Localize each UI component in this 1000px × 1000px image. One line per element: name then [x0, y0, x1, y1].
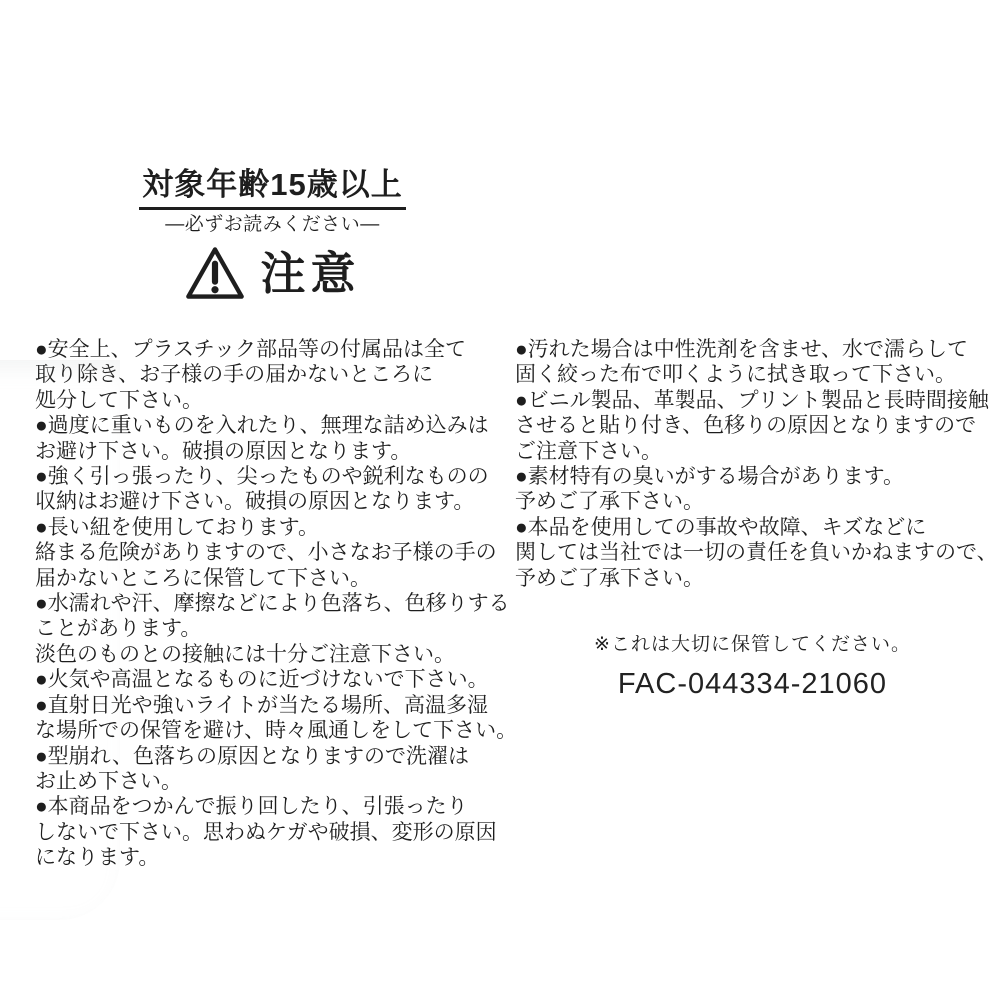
notice-columns: ●安全上、プラスチック部品等の付属品は全て取り除き、お子様の手の届かないところに…: [0, 337, 1000, 871]
notice-line: ●本品を使用しての事故や故障、キズなどに: [515, 515, 990, 540]
notice-line: ●火気や高温となるものに近づけないで下さい。: [35, 667, 515, 692]
notice-line: 取り除き、お子様の手の届かないところに: [35, 362, 515, 387]
notice-line: な場所での保管を避け、時々風通しをして下さい。: [35, 718, 515, 743]
notice-line: ●汚れた場合は中性洗剤を含ませ、水で濡らして: [515, 337, 990, 362]
notice-line: 関しては当社では一切の責任を負いかねますので、: [515, 540, 990, 565]
notice-line: ●直射日光や強いライトが当たる場所、高温多湿: [35, 693, 515, 718]
age-restriction-title: 対象年齢15歳以上: [139, 168, 405, 210]
read-instruction: ―必ずお読みください―: [0, 214, 545, 236]
notice-line: 絡まる危険がありますので、小さなお子様の手の: [35, 540, 515, 565]
notice-line: ●ビニル製品、革製品、プリント製品と長時間接触: [515, 388, 990, 413]
notice-line: しないで下さい。思わぬケガや破損、変形の原因: [35, 820, 515, 845]
notice-line: ●強く引っ張ったり、尖ったものや鋭利なものの: [35, 464, 515, 489]
notices-left-column: ●安全上、プラスチック部品等の付属品は全て取り除き、お子様の手の届かないところに…: [35, 337, 515, 871]
notice-line: お避け下さい。破損の原因となります。: [35, 439, 515, 464]
keep-note: ※これは大切に保管してください。: [515, 629, 990, 656]
notices-right-column: ●汚れた場合は中性洗剤を含ませ、水で濡らして固く絞った布で叩くように拭き取って下…: [515, 337, 990, 871]
care-warning-label: 対象年齢15歳以上 ―必ずお読みください― 注意 ●安全上、プラスチック部品等の…: [0, 0, 1000, 1000]
notice-line: 予めご了承下さい。: [515, 489, 990, 514]
notices-right-lines: ●汚れた場合は中性洗剤を含ませ、水で濡らして固く絞った布で叩くように拭き取って下…: [515, 337, 990, 591]
notice-line: お止め下さい。: [35, 769, 515, 794]
notice-line: 収納はお避け下さい。破損の原因となります。: [35, 489, 515, 514]
notice-line: 予めご了承下さい。: [515, 566, 990, 591]
notice-line: ●本商品をつかんで振り回したり、引張ったり: [35, 794, 515, 819]
notice-line: ●素材特有の臭いがする場合があります。: [515, 464, 990, 489]
caution-heading: 注意: [0, 243, 545, 303]
notice-line: ●過度に重いものを入れたり、無理な詰め込みは: [35, 413, 515, 438]
label-header: 対象年齢15歳以上 ―必ずお読みください― 注意: [0, 0, 545, 303]
notice-line: 固く絞った布で叩くように拭き取って下さい。: [515, 362, 990, 387]
product-code: FAC-044334-21060: [515, 668, 990, 701]
warning-triangle-icon: [184, 245, 246, 301]
notice-line: ●安全上、プラスチック部品等の付属品は全て: [35, 337, 515, 362]
notice-line: 処分して下さい。: [35, 388, 515, 413]
notice-line: になります。: [35, 845, 515, 870]
notice-line: 淡色のものとの接触には十分ご注意下さい。: [35, 642, 515, 667]
notice-line: ●長い紐を使用しております。: [35, 515, 515, 540]
notice-line: ●型崩れ、色落ちの原因となりますので洗濯は: [35, 744, 515, 769]
notice-line: させると貼り付き、色移りの原因となりますので: [515, 413, 990, 438]
caution-title: 注意: [260, 251, 360, 296]
notice-line: ご注意下さい。: [515, 439, 990, 464]
notice-line: ●水濡れや汗、摩擦などにより色落ち、色移りする: [35, 591, 515, 616]
notice-line: ことがあります。: [35, 616, 515, 641]
notice-line: 届かないところに保管して下さい。: [35, 566, 515, 591]
